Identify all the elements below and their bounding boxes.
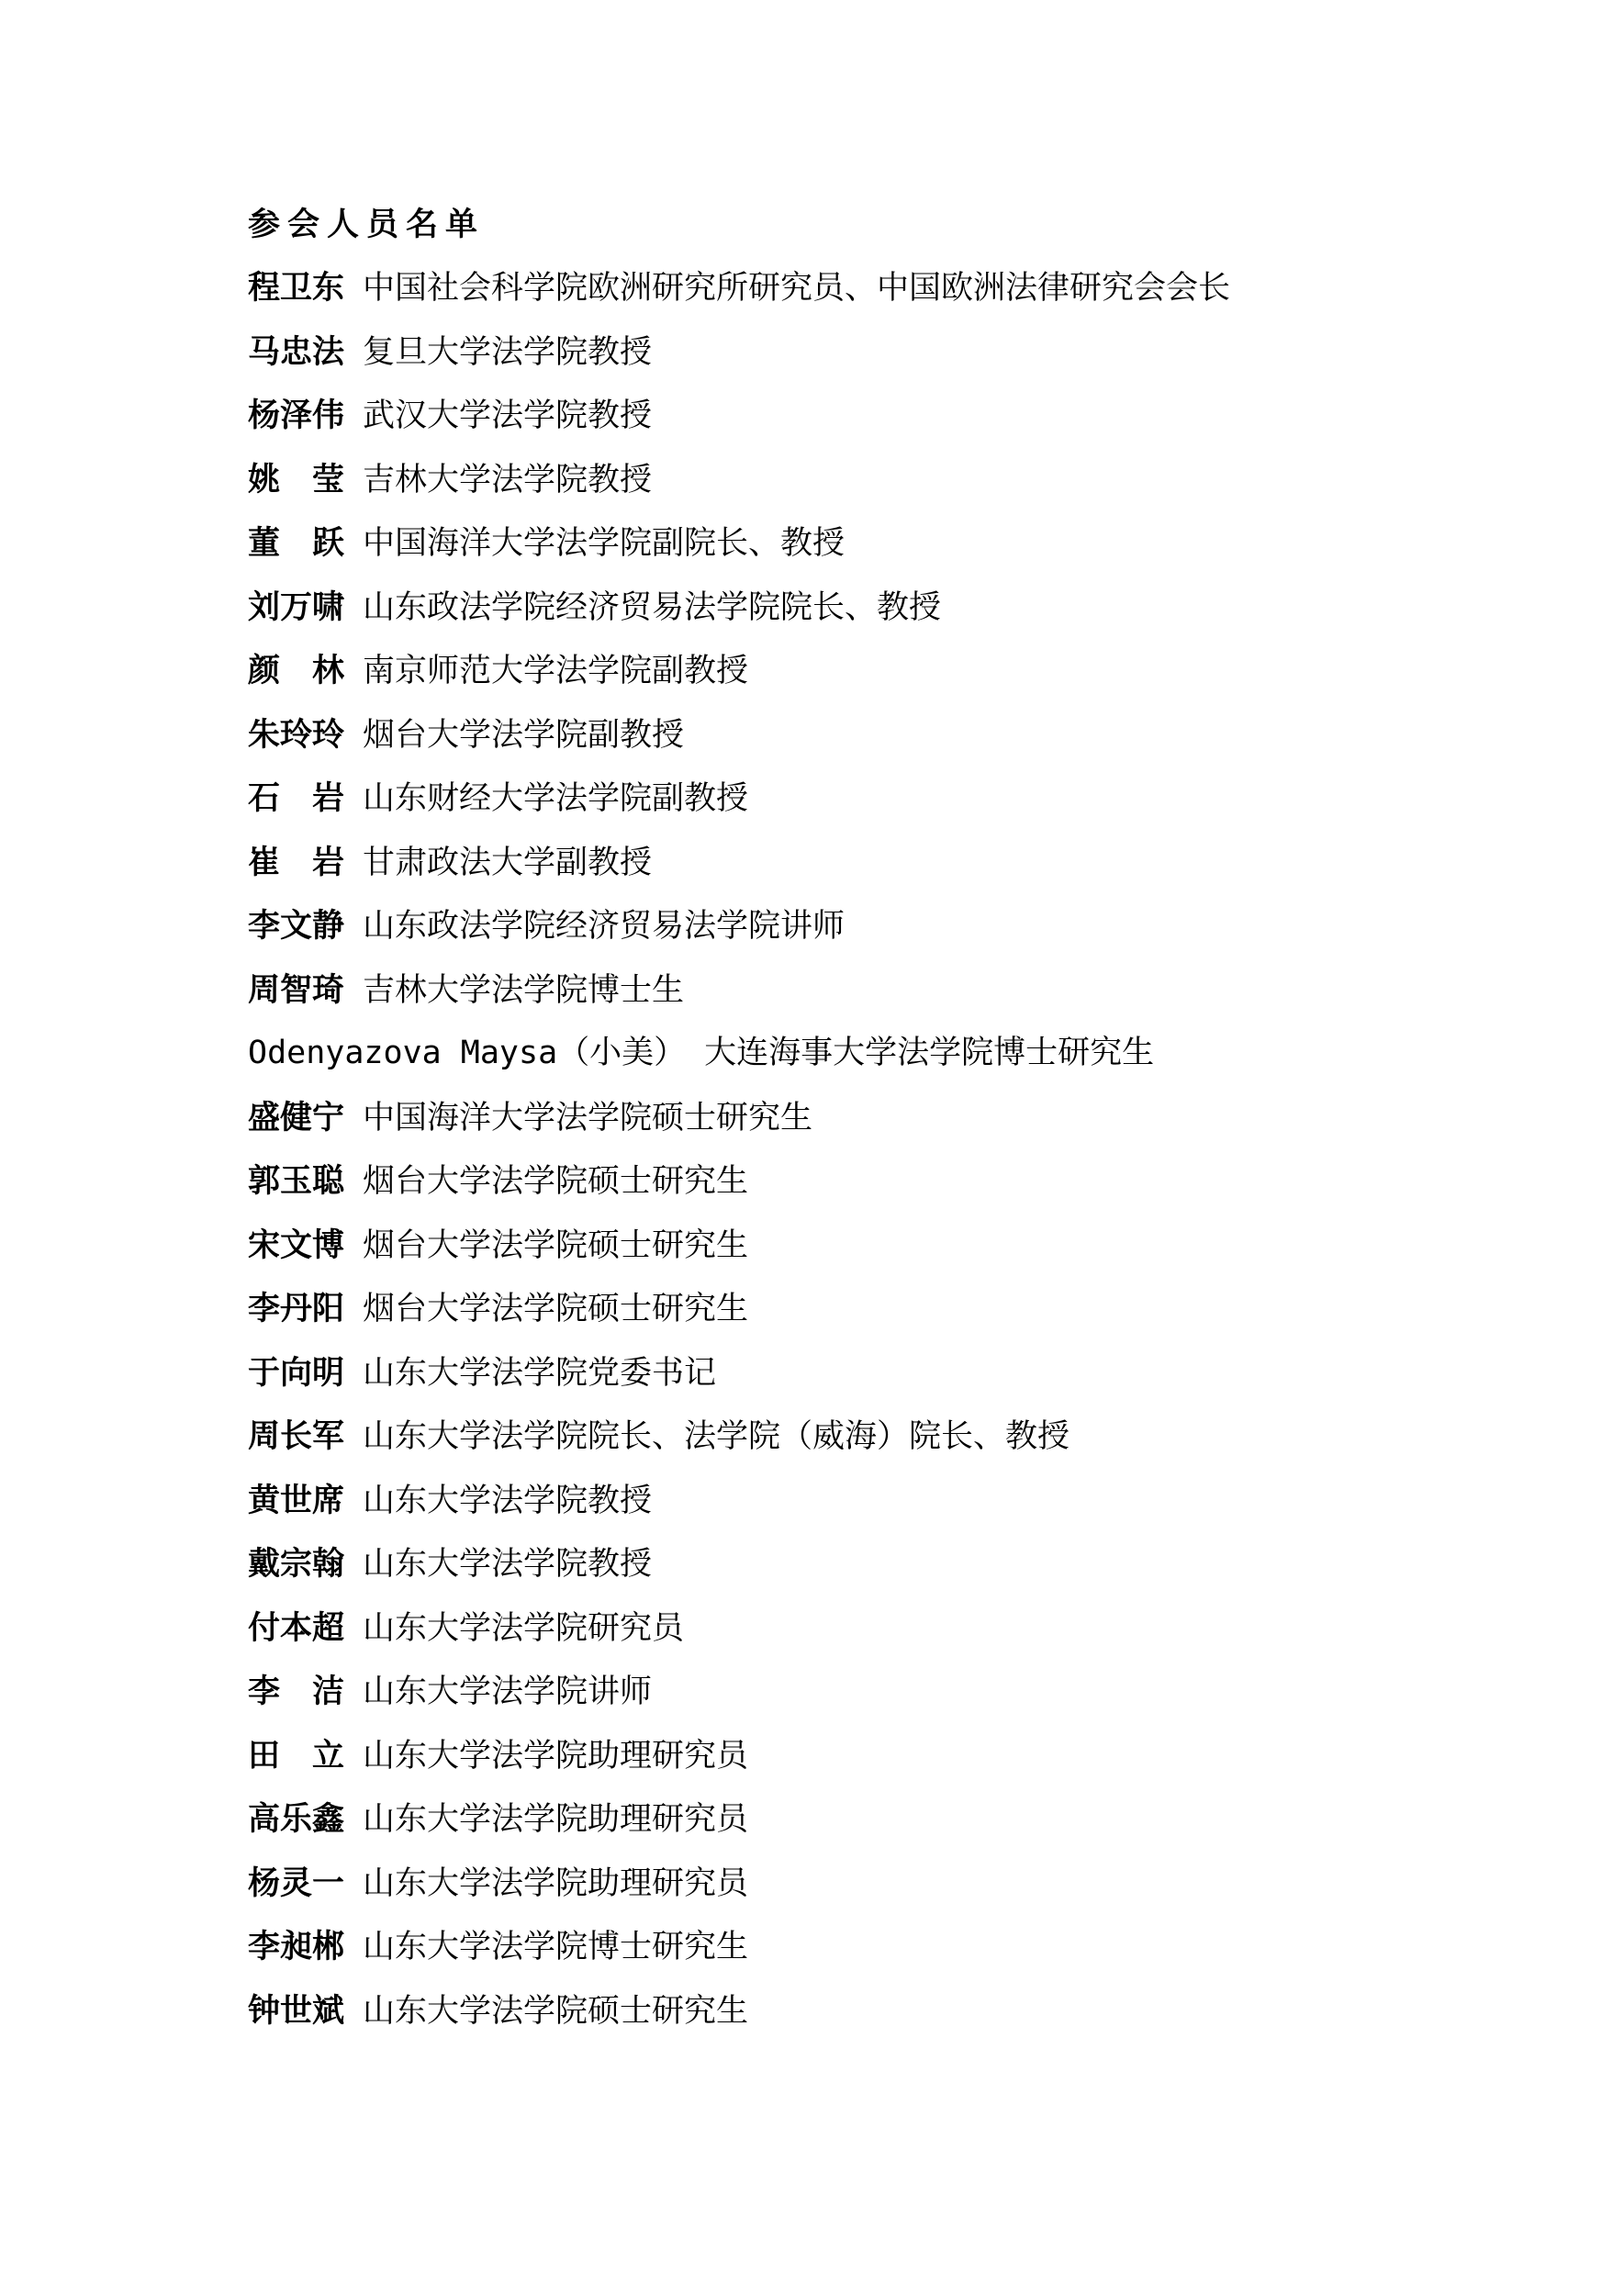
attendee-affiliation: 武汉大学法学院教授 <box>363 397 652 434</box>
attendee-name: 杨泽伟 <box>248 397 344 434</box>
attendee-row: 董 跃中国海洋大学法学院副院长、教授 <box>248 511 1551 576</box>
attendee-name: 李文静 <box>248 907 344 945</box>
attendee-affiliation: 中国海洋大学法学院硕士研究生 <box>363 1100 812 1136</box>
attendee-affiliation: 山东大学法学院助理研究员 <box>363 1738 748 1774</box>
attendee-row: 盛健宁中国海洋大学法学院硕士研究生 <box>248 1086 1551 1150</box>
attendee-row: 田 立山东大学法学院助理研究员 <box>248 1724 1551 1788</box>
attendee-affiliation: 山东大学法学院助理研究员 <box>363 1801 748 1838</box>
attendee-affiliation: 复旦大学法学院教授 <box>363 334 652 371</box>
attendee-affiliation: 中国社会科学院欧洲研究所研究员、中国欧洲法律研究会会长 <box>363 270 1230 307</box>
attendee-name: 颜 林 <box>248 652 344 689</box>
attendee-name: 杨灵一 <box>248 1864 344 1902</box>
page-title: 参会人员名单 <box>248 193 1551 256</box>
attendee-row: 马忠法复旦大学法学院教授 <box>248 320 1551 385</box>
attendee-name: 周长军 <box>248 1417 344 1455</box>
attendee-name: 戴宗翰 <box>248 1545 344 1583</box>
attendee-affiliation: 山东大学法学院党委书记 <box>363 1355 716 1392</box>
attendee-name: Odenyazova Maysa（小美） <box>248 1035 686 1071</box>
attendee-row: 周智琦吉林大学法学院博士生 <box>248 958 1551 1023</box>
attendee-affiliation: 吉林大学法学院教授 <box>363 462 652 498</box>
attendee-affiliation: 山东大学法学院院长、法学院（威海）院长、教授 <box>363 1418 1070 1455</box>
attendee-name: 刘万啸 <box>248 588 344 626</box>
attendee-row: 石 岩山东财经大学法学院副教授 <box>248 767 1551 831</box>
attendee-row: Odenyazova Maysa（小美）大连海事大学法学院博士研究生 <box>248 1022 1551 1086</box>
attendee-affiliation: 山东政法学院经济贸易法学院讲师 <box>363 908 845 945</box>
attendee-name: 李 洁 <box>248 1673 344 1710</box>
attendee-row: 戴宗翰山东大学法学院教授 <box>248 1532 1551 1596</box>
attendee-row: 高乐鑫山东大学法学院助理研究员 <box>248 1787 1551 1852</box>
attendee-row: 黄世席山东大学法学院教授 <box>248 1469 1551 1533</box>
attendee-name: 马忠法 <box>248 333 344 371</box>
attendee-row: 钟世斌山东大学法学院硕士研究生 <box>248 1979 1551 2043</box>
attendee-affiliation: 烟台大学法学院副教授 <box>363 717 684 754</box>
attendee-row: 宋文博烟台大学法学院硕士研究生 <box>248 1214 1551 1278</box>
attendee-row: 程卫东中国社会科学院欧洲研究所研究员、中国欧洲法律研究会会长 <box>248 256 1551 320</box>
attendee-name: 李丹阳 <box>248 1290 344 1327</box>
attendee-name: 朱玲玲 <box>248 716 344 754</box>
attendee-row: 崔 岩甘肃政法大学副教授 <box>248 831 1551 895</box>
attendee-affiliation: 大连海事大学法学院博士研究生 <box>704 1035 1154 1071</box>
attendee-affiliation: 山东大学法学院教授 <box>363 1483 652 1519</box>
attendee-row: 杨泽伟武汉大学法学院教授 <box>248 384 1551 448</box>
attendee-name: 周智琦 <box>248 971 344 1009</box>
attendee-affiliation: 山东大学法学院教授 <box>363 1546 652 1583</box>
attendee-name: 李昶郴 <box>248 1928 344 1965</box>
attendee-name: 董 跃 <box>248 524 344 562</box>
attendee-row: 付本超山东大学法学院研究员 <box>248 1596 1551 1661</box>
attendee-name: 崔 岩 <box>248 844 344 881</box>
attendee-list: 程卫东中国社会科学院欧洲研究所研究员、中国欧洲法律研究会会长马忠法复旦大学法学院… <box>248 256 1551 2043</box>
document-page: 参会人员名单 程卫东中国社会科学院欧洲研究所研究员、中国欧洲法律研究会会长马忠法… <box>0 0 1624 2295</box>
attendee-row: 朱玲玲烟台大学法学院副教授 <box>248 703 1551 767</box>
attendee-affiliation: 山东财经大学法学院副教授 <box>363 780 748 817</box>
attendee-name: 程卫东 <box>248 269 344 307</box>
attendee-row: 杨灵一山东大学法学院助理研究员 <box>248 1852 1551 1916</box>
attendee-affiliation: 山东大学法学院博士研究生 <box>363 1929 748 1965</box>
attendee-affiliation: 中国海洋大学法学院副院长、教授 <box>363 525 845 562</box>
attendee-affiliation: 甘肃政法大学副教授 <box>363 845 652 881</box>
attendee-affiliation: 山东大学法学院讲师 <box>363 1674 652 1710</box>
attendee-name: 宋文博 <box>248 1226 344 1264</box>
attendee-affiliation: 南京师范大学法学院副教授 <box>363 653 748 689</box>
attendee-row: 李昶郴山东大学法学院博士研究生 <box>248 1915 1551 1979</box>
attendee-name: 石 岩 <box>248 779 344 817</box>
attendee-row: 姚 莹吉林大学法学院教授 <box>248 448 1551 512</box>
attendee-affiliation: 吉林大学法学院博士生 <box>363 972 684 1009</box>
attendee-affiliation: 山东大学法学院研究员 <box>363 1610 684 1647</box>
attendee-affiliation: 烟台大学法学院硕士研究生 <box>363 1163 748 1200</box>
attendee-name: 于向明 <box>248 1354 344 1392</box>
attendee-name: 黄世席 <box>248 1482 344 1519</box>
attendee-row: 郭玉聪烟台大学法学院硕士研究生 <box>248 1149 1551 1214</box>
attendee-row: 于向明山东大学法学院党委书记 <box>248 1341 1551 1405</box>
attendee-affiliation: 山东大学法学院硕士研究生 <box>363 1993 748 2030</box>
attendee-row: 李文静山东政法学院经济贸易法学院讲师 <box>248 894 1551 958</box>
attendee-name: 付本超 <box>248 1609 344 1647</box>
attendee-row: 李丹阳烟台大学法学院硕士研究生 <box>248 1277 1551 1341</box>
attendee-name: 盛健宁 <box>248 1099 344 1136</box>
attendee-affiliation: 烟台大学法学院硕士研究生 <box>363 1227 748 1264</box>
attendee-name: 钟世斌 <box>248 1992 344 2030</box>
attendee-row: 颜 林南京师范大学法学院副教授 <box>248 639 1551 703</box>
attendee-row: 刘万啸山东政法学院经济贸易法学院院长、教授 <box>248 576 1551 640</box>
document-content: 参会人员名单 程卫东中国社会科学院欧洲研究所研究员、中国欧洲法律研究会会长马忠法… <box>0 0 1624 2043</box>
attendee-name: 田 立 <box>248 1737 344 1774</box>
attendee-affiliation: 烟台大学法学院硕士研究生 <box>363 1291 748 1327</box>
attendee-affiliation: 山东政法学院经济贸易法学院院长、教授 <box>363 589 941 626</box>
attendee-name: 郭玉聪 <box>248 1162 344 1200</box>
attendee-affiliation: 山东大学法学院助理研究员 <box>363 1865 748 1902</box>
attendee-row: 李 洁山东大学法学院讲师 <box>248 1660 1551 1724</box>
attendee-name: 姚 莹 <box>248 461 344 498</box>
attendee-name: 高乐鑫 <box>248 1800 344 1838</box>
attendee-row: 周长军山东大学法学院院长、法学院（威海）院长、教授 <box>248 1405 1551 1469</box>
